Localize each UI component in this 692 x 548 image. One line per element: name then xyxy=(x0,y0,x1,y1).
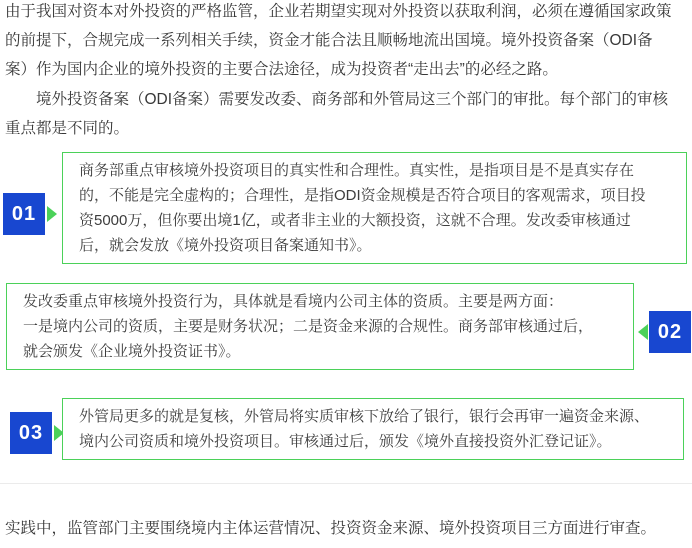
step-3-number-badge: 03 xyxy=(10,412,52,454)
article-page: 由于我国对资本对外投资的严格监管，企业若期望实现对外投资以获取利润，必须在遵循国… xyxy=(0,0,692,548)
step-3-textbox: 外管局更多的就是复核，外管局将实质审核下放给了银行，银行会再审一遍资金来源、 境… xyxy=(62,398,684,460)
summary-paragraph: 实践中，监管部门主要围绕境内主体运营情况、投资资金来源、境外投资项目三方面进行审… xyxy=(5,514,689,543)
step-2-number-badge: 02 xyxy=(649,311,691,353)
step-2-arrow-left-icon xyxy=(638,324,648,340)
step-1-arrow-right-icon xyxy=(47,206,57,222)
intro-paragraph-2: 境外投资备案（ODI备案）需要发改委、商务部和外管局这三个部门的审批。每个部门的… xyxy=(5,85,689,143)
step-1-textbox: 商务部重点审核境外投资项目的真实性和合理性。真实性，是指项目是不是真实存在 的，… xyxy=(62,152,687,264)
step-1-number-badge: 01 xyxy=(3,193,45,235)
divider xyxy=(0,483,692,484)
intro-paragraph-1: 由于我国对资本对外投资的严格监管，企业若期望实现对外投资以获取利润，必须在遵循国… xyxy=(5,0,689,84)
step-2-textbox: 发改委重点审核境外投资行为，具体就是看境内公司主体的资质。主要是两方面： 一是境… xyxy=(6,283,634,370)
